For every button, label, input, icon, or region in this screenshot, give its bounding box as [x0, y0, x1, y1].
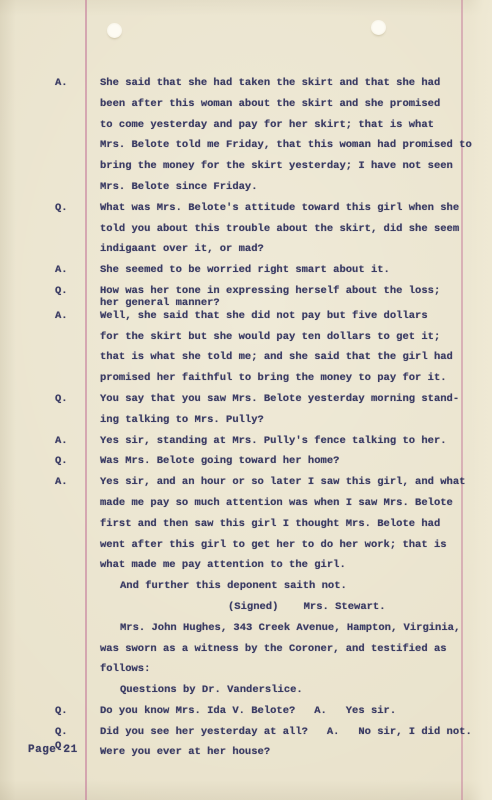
testimony-line: for the skirt but she would pay ten doll…: [55, 331, 487, 352]
qa-marker: Q.: [55, 285, 68, 298]
line-text: Yes sir, and an hour or so later I saw t…: [100, 476, 465, 489]
testimony-line: promised her faithful to bring the money…: [55, 372, 487, 393]
testimony-line: bring the money for the skirt yesterday;…: [55, 160, 487, 181]
line-text: Was Mrs. Belote going toward her home?: [100, 455, 339, 468]
testimony-line: A.Yes sir, standing at Mrs. Pully's fenc…: [55, 435, 487, 456]
line-text: Questions by Dr. Vanderslice.: [120, 684, 303, 697]
line-text: been after this woman about the skirt an…: [100, 98, 440, 111]
line-text: Were you ever at her house?: [100, 746, 270, 759]
testimony-line: follows:: [55, 663, 487, 684]
line-text: Mrs. Belote told me Friday, that this wo…: [100, 139, 472, 152]
line-text: Mrs. John Hughes, 343 Creek Avenue, Hamp…: [120, 622, 460, 635]
testimony-line: Q.Were you ever at her house?: [55, 746, 487, 767]
testimony-line: ing talking to Mrs. Pully?: [55, 414, 487, 435]
qa-marker: A.: [55, 476, 68, 489]
testimony-line: Q.How was her tone in expressing herself…: [55, 285, 487, 297]
testimony-line: Mrs. John Hughes, 343 Creek Avenue, Hamp…: [55, 622, 487, 643]
testimony-line: A.She seemed to be worried right smart a…: [55, 264, 487, 285]
testimony-line: Mrs. Belote told me Friday, that this wo…: [55, 139, 487, 160]
qa-marker: Q.: [55, 393, 68, 406]
qa-marker: A.: [55, 77, 68, 90]
testimony-line: her general manner?: [55, 297, 487, 309]
line-text: her general manner?: [100, 297, 220, 310]
line-text: Did you see her yesterday at all? A. No …: [100, 726, 472, 739]
testimony-lines: A.She said that she had taken the skirt …: [55, 77, 487, 767]
line-text: And further this deponent saith not.: [120, 580, 347, 593]
testimony-line: went after this girl to get her to do he…: [55, 539, 487, 560]
line-text: Yes sir, standing at Mrs. Pully's fence …: [100, 435, 447, 448]
line-text: Well, she said that she did not pay but …: [100, 310, 428, 323]
testimony-line: A.Yes sir, and an hour or so later I saw…: [55, 476, 487, 497]
testimony-line: was sworn as a witness by the Coroner, a…: [55, 643, 487, 664]
punch-hole: [107, 23, 122, 38]
line-text: promised her faithful to bring the money…: [100, 372, 447, 385]
testimony-line: Questions by Dr. Vanderslice.: [55, 684, 487, 705]
line-text: to come yesterday and pay for her skirt;…: [100, 119, 434, 132]
testimony-line: told you about this trouble about the sk…: [55, 223, 487, 244]
line-text: You say that you saw Mrs. Belote yesterd…: [100, 393, 459, 406]
qa-marker: Q.: [55, 705, 68, 718]
testimony-line: indigaant over it, or mad?: [55, 243, 487, 264]
qa-marker: Q.: [55, 726, 68, 739]
line-text: made me pay so much attention was when I…: [100, 497, 453, 510]
testimony-line: been after this woman about the skirt an…: [55, 98, 487, 119]
testimony-line: made me pay so much attention was when I…: [55, 497, 487, 518]
qa-marker: Q.: [55, 202, 68, 215]
testimony-line: A.Well, she said that she did not pay bu…: [55, 310, 487, 331]
testimony-line: first and then saw this girl I thought M…: [55, 518, 487, 539]
line-text: ing talking to Mrs. Pully?: [100, 414, 264, 427]
testimony-line: Mrs. Belote since Friday.: [55, 181, 487, 202]
testimony-line: to come yesterday and pay for her skirt;…: [55, 119, 487, 140]
line-text: was sworn as a witness by the Coroner, a…: [100, 643, 447, 656]
line-text: She said that she had taken the skirt an…: [100, 77, 440, 90]
testimony-line: A.She said that she had taken the skirt …: [55, 77, 487, 98]
document-page: A.She said that she had taken the skirt …: [0, 0, 492, 800]
testimony-line: Q.You say that you saw Mrs. Belote yeste…: [55, 393, 487, 414]
line-text: (Signed) Mrs. Stewart.: [228, 601, 386, 614]
qa-marker: A.: [55, 435, 68, 448]
page-number-label: Page 21: [28, 744, 78, 756]
line-text: Do you know Mrs. Ida V. Belote? A. Yes s…: [100, 705, 396, 718]
testimony-line: what made me pay attention to the girl.: [55, 559, 487, 580]
punch-hole: [371, 20, 386, 35]
line-text: Mrs. Belote since Friday.: [100, 181, 258, 194]
testimony-line: Q.Did you see her yesterday at all? A. N…: [55, 726, 487, 747]
qa-marker: Q.: [55, 455, 68, 468]
line-text: what made me pay attention to the girl.: [100, 559, 346, 572]
qa-marker: A.: [55, 264, 68, 277]
line-text: that is what she told me; and she said t…: [100, 351, 453, 364]
line-text: indigaant over it, or mad?: [100, 243, 264, 256]
testimony-line: Q.Was Mrs. Belote going toward her home?: [55, 455, 487, 476]
line-text: for the skirt but she would pay ten doll…: [100, 331, 440, 344]
line-text: bring the money for the skirt yesterday;…: [100, 160, 453, 173]
testimony-line: Q.What was Mrs. Belote's attitude toward…: [55, 202, 487, 223]
line-text: told you about this trouble about the sk…: [100, 223, 459, 236]
qa-marker: A.: [55, 310, 68, 323]
line-text: follows:: [100, 663, 150, 676]
line-text: What was Mrs. Belote's attitude toward t…: [100, 202, 459, 215]
line-text: She seemed to be worried right smart abo…: [100, 264, 390, 277]
testimony-line: (Signed) Mrs. Stewart.: [55, 601, 487, 622]
testimony-line: Q.Do you know Mrs. Ida V. Belote? A. Yes…: [55, 705, 487, 726]
testimony-line: that is what she told me; and she said t…: [55, 351, 487, 372]
line-text: first and then saw this girl I thought M…: [100, 518, 440, 531]
testimony-line: And further this deponent saith not.: [55, 580, 487, 601]
line-text: went after this girl to get her to do he…: [100, 539, 447, 552]
